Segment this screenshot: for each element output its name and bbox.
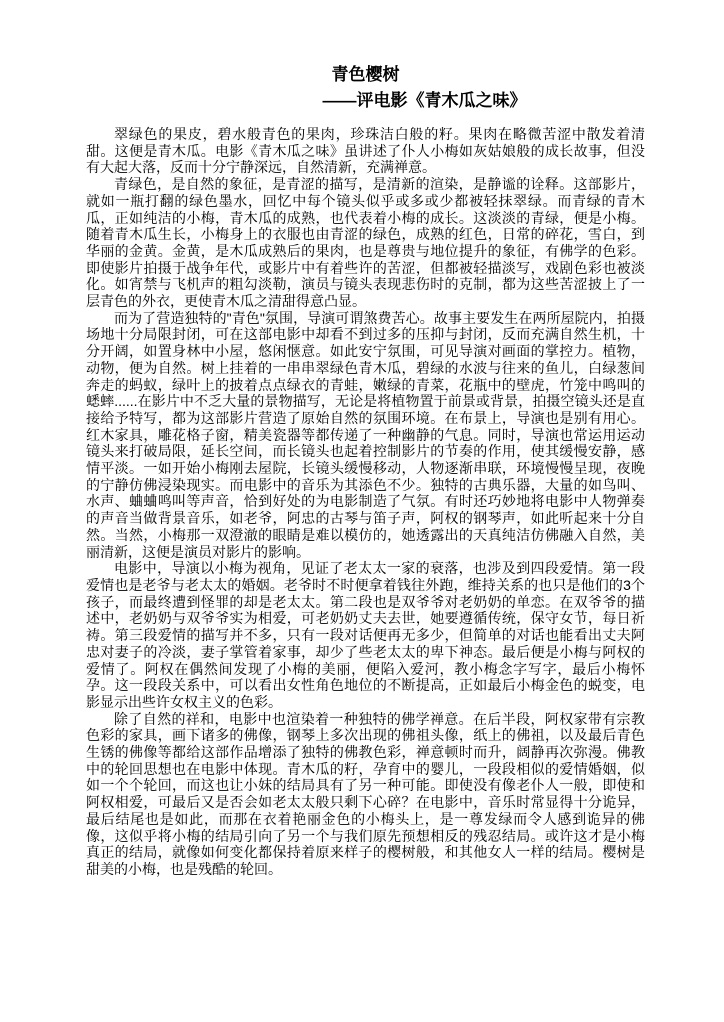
essay-paragraph: 除了自然的祥和，电影中也渲染着一种独特的佛学禅意。在后半段，阿权家带有宗教色彩的… — [86, 711, 645, 878]
essay-title: 青色樱树 — [86, 62, 645, 88]
document-content: 青色樱树 ——评电影《青木瓜之味》 翠绿色的果皮，碧水般青色的果肉，珍珠洁白般的… — [0, 0, 724, 878]
essay-paragraph: 青绿色，是自然的象征，是青涩的描写，是清新的渲染，是静谧的诠释。这部影片，就如一… — [86, 176, 645, 310]
essay-paragraph: 而为了营造独特的"青色"氛围，导演可谓煞费苦心。故事主要发生在两所屋院内，拍摄场… — [86, 310, 645, 561]
essay-paragraph: 电影中，导演以小梅为视角，见证了老太太一家的衰落，也涉及到四段爱情。第一段爱情也… — [86, 560, 645, 710]
essay-paragraph: 翠绿色的果皮，碧水般青色的果肉，珍珠洁白般的籽。果肉在略微苦涩中散发着清甜。这便… — [86, 126, 645, 176]
essay-body: 翠绿色的果皮，碧水般青色的果肉，珍珠洁白般的籽。果肉在略微苦涩中散发着清甜。这便… — [86, 126, 645, 878]
document-page: 青色樱树 ——评电影《青木瓜之味》 翠绿色的果皮，碧水般青色的果肉，珍珠洁白般的… — [0, 0, 724, 1022]
essay-subtitle: ——评电影《青木瓜之味》 — [204, 88, 645, 114]
